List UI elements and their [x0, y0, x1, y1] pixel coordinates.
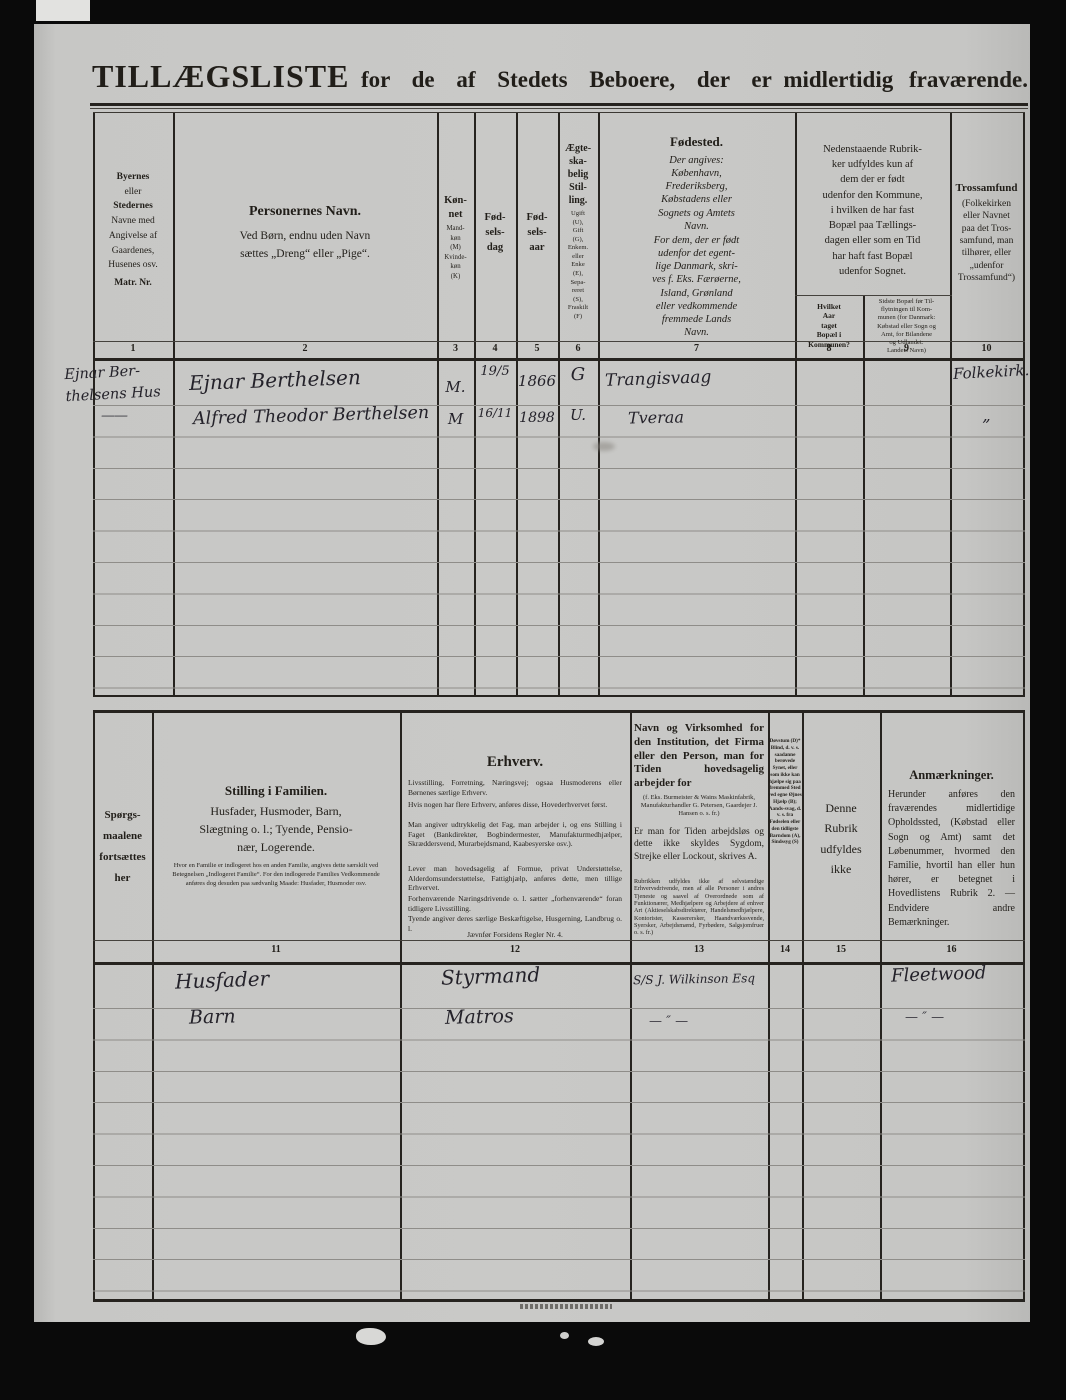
printer-imprint [520, 1304, 612, 1309]
t2-header-col12-p3: Man angiver udtrykkelig det Fag, man arb… [408, 820, 622, 849]
t1-header-col10-sub: (Folkekirken eller Navnet paa det Tros- … [950, 198, 1023, 284]
t2-row1-remarks: Fleetwood [891, 962, 987, 986]
t1-colnum-10: 10 [950, 343, 1023, 354]
t1-row2-birthplace: Tveraa [628, 408, 684, 428]
t2-header-col11-small: Hvor en Familie er indlogeret hos en and… [162, 862, 390, 888]
t1-row1-name: Ejnar Berthelsen [189, 365, 361, 395]
title-tail: midlertidig fraværende. [783, 67, 1028, 93]
t1-colnum-7: 7 [598, 343, 795, 354]
t1-row1-birthyear: 1866 [516, 372, 558, 390]
t2-header-col15: Denne Rubrik udfyldes ikke [802, 798, 880, 880]
t2-colnum-12: 12 [400, 944, 630, 955]
t1-header-col6-sub: Ugift (U), Gift (G), Enkem. eller Enke (… [558, 210, 598, 321]
t1-row1-religion: Folkekirk. [953, 361, 1030, 383]
t2-colnum-15: 15 [802, 944, 880, 955]
scan-artifact-dot [560, 1332, 569, 1339]
t1-colnum-8: 8 [795, 343, 863, 354]
t2-row1-occupation: Styrmand [441, 962, 541, 989]
t1-h1-eller: eller [93, 185, 173, 200]
t1-colnum-1: 1 [93, 343, 173, 354]
scan-artifact-dot [588, 1337, 604, 1346]
t1-colnum-3: 3 [437, 343, 474, 354]
t1-row2-religion-ditto: „ [950, 406, 1023, 425]
t1-row2-marital: U. [558, 406, 598, 424]
scan-border-bottom [34, 1322, 1030, 1400]
t2-header-col13: Navn og Virksomhed for den Institution, … [630, 710, 768, 938]
t2-row1-position: Husfader [175, 966, 270, 993]
t2-colnum-11: 11 [152, 944, 400, 955]
t1-colnum-9: 9 [863, 343, 950, 354]
scan-border-right [1030, 0, 1066, 1400]
t2-header-col13-small1: (f. Eks. Burmeister & Wains Maskinfabrik… [634, 794, 764, 818]
t1-row1-marital: G [558, 364, 598, 385]
t1-numberband-bottom [93, 358, 1025, 361]
t1-bottomline [93, 695, 1025, 697]
title-rule-heavy [90, 103, 1028, 106]
t1-header-col7-p2: For dem, der er født udenfor det egent- … [598, 234, 795, 339]
t1-header-group89: Nedenstaaende Rubrik- ker udfyldes kun a… [795, 142, 950, 279]
t1-h1-navne: Navne med Angivelse af Gaardenes, Husene… [93, 214, 173, 273]
t1-colnum-6: 6 [558, 343, 598, 354]
title-mid: for de af Stedets Beboere, der er [349, 67, 783, 93]
t1-colnum-5: 5 [516, 343, 558, 354]
t2-numberband-top [93, 940, 1025, 941]
t2-header-col12-p7: Jævnfør Forsidens Regler Nr. 4. [408, 930, 622, 939]
t2-row2-position: Barn [189, 1005, 236, 1028]
t1-topline [93, 112, 1025, 113]
t2-numberband-bottom [93, 962, 1025, 965]
scan-border-left [0, 0, 34, 1400]
t2-header-col14: Døvstum (D)* Blind, d. v. s. saadanne be… [768, 738, 802, 846]
t1-h1-stedernes: Stedernes [93, 199, 173, 214]
t2-row2-occupation: Matros [445, 1005, 514, 1029]
t2-header-col13-mid: Er man for Tiden arbejdsløs og dette ikk… [634, 826, 764, 863]
t1-header-col3-sub: Mand- køn (M) Kvinde- køn (K) [437, 224, 474, 281]
title-lead: TILLÆGSLISTE [92, 58, 349, 95]
t1-header-col6-title: Ægte- ska- belig Stil- ling. [558, 142, 598, 207]
t1-row1-birthday: 19/5 [474, 364, 516, 379]
scanned-census-page: TILLÆGSLISTE for de af Stedets Beboere, … [0, 0, 1066, 1400]
t2-header-col12-p4: Lever man hovedsagelig af Formue, privat… [408, 864, 622, 893]
t1-row-rules [93, 405, 1025, 690]
t2-header-col11-sub: Husfader, Husmoder, Barn, Slægtning o. l… [152, 802, 400, 856]
t1-header-col2-sub: Ved Børn, endnu uden Navn sættes „Dreng“… [173, 228, 437, 264]
t2-header-col16-body: Herunder anføres den fraværendes midlert… [888, 788, 1015, 930]
t2-topline [93, 710, 1025, 713]
ink-smudge [593, 442, 615, 451]
t2-bottomline [93, 1299, 1025, 1302]
t2-header-col13-small2: Rubrikken udfyldes ikke af selvstændige … [634, 878, 764, 937]
table-upper: Byernes eller Stedernes Navne med Angive… [93, 112, 1025, 697]
t2-row1-employer: S/S J. Wilkinson Esq [633, 971, 773, 987]
t1-header-col5-title: Fød- sels- aar [516, 210, 558, 256]
t2-header-col12-title: Erhverv. [400, 754, 630, 771]
t1-header-col2-title: Personernes Navn. [173, 204, 437, 220]
paper-sheet: TILLÆGSLISTE for de af Stedets Beboere, … [34, 24, 1030, 1322]
t1-row2-birthday: 16/11 [474, 406, 516, 420]
t2-colnum-14: 14 [768, 944, 802, 955]
t1-h1-matrnr: Matr. Nr. [93, 276, 173, 291]
t1-header-col7-p1: Der angives: København, Frederiksberg, K… [598, 154, 795, 233]
title-rule-thin [90, 108, 1028, 109]
t1-row1-place: Ejnar Ber- thelsens Hus [64, 359, 186, 409]
t2-row2-employer-ditto: — ″ — [649, 1014, 688, 1029]
t1-row1-sex: M. [437, 378, 474, 396]
t1-header-col3-title: Køn- net [437, 194, 474, 221]
t1-header-col8-sub: Hvilket Aar taget Bopæl i Kommunen? [795, 302, 863, 349]
t2-header-col11-title: Stilling i Familien. [152, 783, 400, 799]
scan-artifact-blob [356, 1328, 386, 1345]
t2-side-label: Spørgs- maalene fortsættes her [93, 805, 152, 889]
t1-header-col7-title: Fødested. [598, 134, 795, 150]
t2-row-rules [93, 1008, 1025, 1295]
t1-row1-birthplace: Trangisvaag [605, 367, 712, 391]
t2-colnum-16: 16 [880, 944, 1023, 955]
t2-header-col12-p2: Hvis nogen har flere Erhverv, anføres di… [408, 800, 622, 810]
t2-row2-remarks-ditto: — ″ — [905, 1010, 944, 1025]
t2-header-col12-p5: Forhenværende Næringsdrivende o. l. sætt… [408, 894, 622, 913]
t1-h1-byernes: Byernes [93, 170, 173, 185]
t2-header-col13-lead: Navn og Virksomhed for den Institution, … [634, 722, 764, 791]
t2-header-col12-p1: Livsstilling, Forretning, Næringsvej; og… [408, 778, 622, 797]
t1-header-col4-title: Fød- sels- dag [474, 210, 516, 256]
t1-group89-divider [795, 295, 952, 296]
t1-row2-birthyear: 1898 [516, 410, 558, 426]
scan-artifact-white-patch [36, 0, 90, 21]
page-title: TILLÆGSLISTE for de af Stedets Beboere, … [92, 58, 1028, 95]
scan-border-top [34, 0, 1030, 24]
t1-row2-sex: M [437, 410, 474, 428]
t1-colnum-2: 2 [173, 343, 437, 354]
t2-header-col16-title: Anmærkninger. [880, 768, 1023, 783]
t1-colnum-4: 4 [474, 343, 516, 354]
t1-header-col10-title: Trossamfund [950, 182, 1023, 194]
table-lower: Spørgs- maalene fortsættes her Stilling … [93, 710, 1025, 1302]
t1-row2-place-ditto: —— [101, 408, 127, 424]
t1-header-col1: Byernes eller Stedernes Navne med Angive… [93, 170, 173, 291]
t2-colnum-13: 13 [630, 944, 768, 955]
